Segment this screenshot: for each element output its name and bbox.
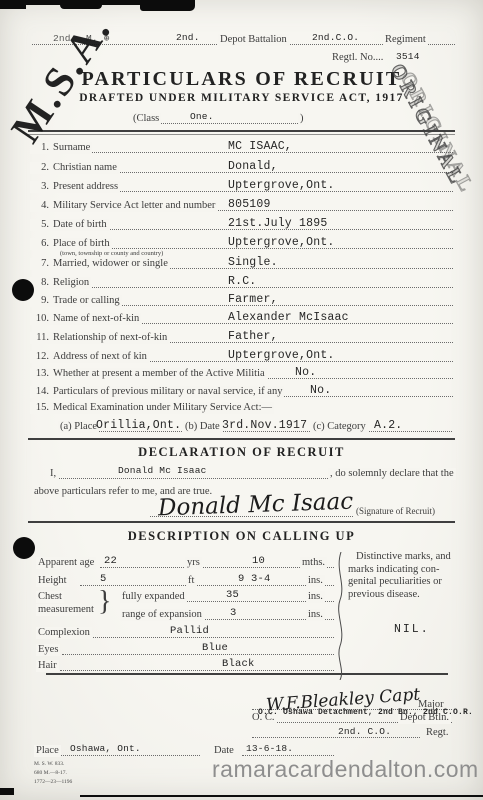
mths-label: mths. [300, 557, 327, 569]
oc-typed-value: O.C. Oshawa Detachment, 2nd Bn., 2nd C.O… [258, 709, 473, 717]
dotted-leader [60, 755, 200, 756]
field-christian-name-value: Donald, [228, 161, 278, 173]
field-next-of-kin-relationship-label: 11.Relationship of next-of-kin [30, 332, 169, 344]
field-birth-date-label: 5.Date of birth [30, 219, 109, 231]
complexion-value: Pallid [170, 626, 209, 637]
scan-bottom-line [80, 795, 483, 797]
field-marital-status-label: 7.Married, widower or single [30, 258, 170, 270]
form-code-block: M. S. W. 833. 680 M.—8-17. 1772—23—1196 [34, 760, 72, 786]
ins-label: ins. [306, 609, 325, 621]
chest-brace: } [98, 586, 111, 618]
field-surname-value: MC ISAAC, [228, 141, 292, 153]
hole-punch [13, 537, 35, 559]
medical-place-value: Orillia,Ont. [96, 420, 181, 432]
scanned-recruit-form: M.S.A. ORIGINAL ORIGINAL 2nd M. ⊕ 2nd. D… [0, 0, 483, 800]
field-trade-value: Farmer, [228, 294, 278, 306]
chest-range-value: 3 [230, 608, 237, 619]
divider-rule [28, 521, 455, 523]
field-birth-place-label: 6.Place of birth [30, 238, 112, 250]
hair-label: Hair [36, 660, 59, 672]
divider-rule [28, 130, 455, 132]
dotted-leader [62, 654, 334, 655]
ins-label: ins. [306, 575, 325, 587]
hole-punch [12, 279, 34, 301]
dotted-leader [80, 585, 334, 586]
scan-edge-artifact [0, 0, 26, 9]
height-inches-value: 9 3-4 [238, 574, 271, 585]
eyes-label: Eyes [36, 644, 60, 656]
field-next-of-kin-name-label: 10.Name of next-of-kin [30, 313, 141, 325]
field-medical-exam-label: 15.Medical Examination under Military Se… [30, 402, 274, 414]
dotted-leader [60, 670, 334, 671]
ft-label: ft [186, 575, 196, 587]
scan-corner-mark [0, 788, 14, 795]
apparent-age-label: Apparent age [36, 557, 96, 569]
field-birth-place-sublabel: (town, township or county and country) [58, 250, 165, 257]
site-watermark: ramaracardendalton.com [212, 756, 479, 783]
medical-date-value: 3rd.Nov.1917 [222, 420, 307, 432]
regiment-typed-value: 2nd.C.O. [312, 33, 359, 43]
field-religion-value: R.C. [228, 276, 256, 288]
divider-rule [28, 438, 455, 440]
chest-expanded-value: 35 [226, 590, 239, 601]
chest-label-line2: measurement [36, 604, 96, 616]
field-next-of-kin-relationship-value: Father, [228, 331, 278, 343]
battalion-typed-value: 2nd. [176, 33, 200, 43]
regt-typed-value: 2nd. C.O. [338, 727, 391, 737]
dotted-leader [252, 737, 420, 738]
class-value: One. [190, 112, 214, 122]
field-msa-number-value: 805109 [228, 199, 271, 211]
medical-category-label: (c) Category [311, 421, 368, 433]
dotted-leader [100, 567, 334, 568]
medical-category-value: A.2. [374, 420, 402, 432]
dotted-leader [82, 637, 334, 638]
field-active-militia-value: No. [295, 367, 316, 379]
scan-edge-artifact [140, 0, 195, 11]
chest-expanded-label: fully expanded [120, 591, 187, 603]
field-next-of-kin-address-value: Uptergrove,Ont. [228, 350, 335, 362]
chest-range-label: range of expansion [120, 609, 204, 621]
dotted-leader [150, 123, 300, 124]
place-value: Oshawa, Ont. [70, 744, 141, 754]
field-religion-label: 8.Religion [30, 277, 91, 289]
description-title: DESCRIPTION ON CALLING UP [0, 529, 483, 544]
regtl-no-label: Regtl. No.... [330, 52, 385, 64]
hair-value: Black [222, 659, 255, 670]
chest-label-line1: Chest [36, 591, 64, 603]
field-trade-label: 9.Trade or calling [30, 295, 122, 307]
signature-caption: (Signature of Recruit) [354, 506, 437, 516]
field-present-address-value: Uptergrove,Ont. [228, 180, 335, 192]
regiment-label: Regiment [383, 34, 428, 46]
date-value: 13-6-18. [246, 744, 293, 754]
field-msa-number-label: 4.Military Service Act letter and number [30, 200, 217, 212]
dotted-leader [56, 478, 328, 479]
class-open-label: (Class [131, 113, 161, 125]
yrs-label: yrs [185, 557, 202, 569]
medical-place-label: (a) Place [58, 421, 99, 433]
distinctive-marks-value: NIL. [394, 624, 430, 636]
field-next-of-kin-name-value: Alexander McIsaac [228, 312, 349, 324]
eyes-value: Blue [202, 643, 228, 654]
complexion-label: Complexion [36, 627, 92, 639]
declaration-title: DECLARATION OF RECRUIT [0, 445, 483, 460]
place-label: Place [34, 745, 61, 757]
field-active-militia-label: 13.Whether at present a member of the Ac… [30, 368, 267, 380]
field-next-of-kin-address-label: 12.Address of next of kin [30, 351, 149, 363]
class-close-label: ) [298, 113, 306, 125]
apparent-age-months-value: 10 [252, 556, 265, 567]
column-divider-squiggle [332, 552, 348, 680]
regt-label: Regt. [424, 727, 450, 739]
height-feet-value: 5 [100, 574, 107, 585]
field-previous-service-value: No. [310, 385, 331, 397]
depot-battalion-label: Depot Battalion [218, 34, 289, 46]
divider-rule [46, 673, 448, 675]
declaration-text: , do solemnly declare that the [328, 468, 456, 480]
field-christian-name-label: 2.Christian name [30, 162, 119, 174]
divider-rule [28, 134, 455, 135]
apparent-age-years-value: 22 [104, 556, 117, 567]
field-birth-place-value: Uptergrove,Ont. [228, 237, 335, 249]
field-previous-service-label: 14.Particulars of previous military or n… [30, 386, 284, 398]
field-marital-status-value: Single. [228, 257, 278, 269]
declaration-typed-name: Donald Mc Isaac [118, 466, 207, 476]
field-birth-date-value: 21st.July 1895 [228, 218, 327, 230]
distinctive-marks-note: Distinctive marks, and marks indicating … [348, 551, 472, 601]
medical-date-label: (b) Date [183, 421, 222, 433]
height-label: Height [36, 575, 69, 587]
ins-label: ins. [306, 591, 325, 603]
declaration-i-label: I, [48, 468, 58, 480]
field-present-address-label: 3.Present address [30, 181, 120, 193]
